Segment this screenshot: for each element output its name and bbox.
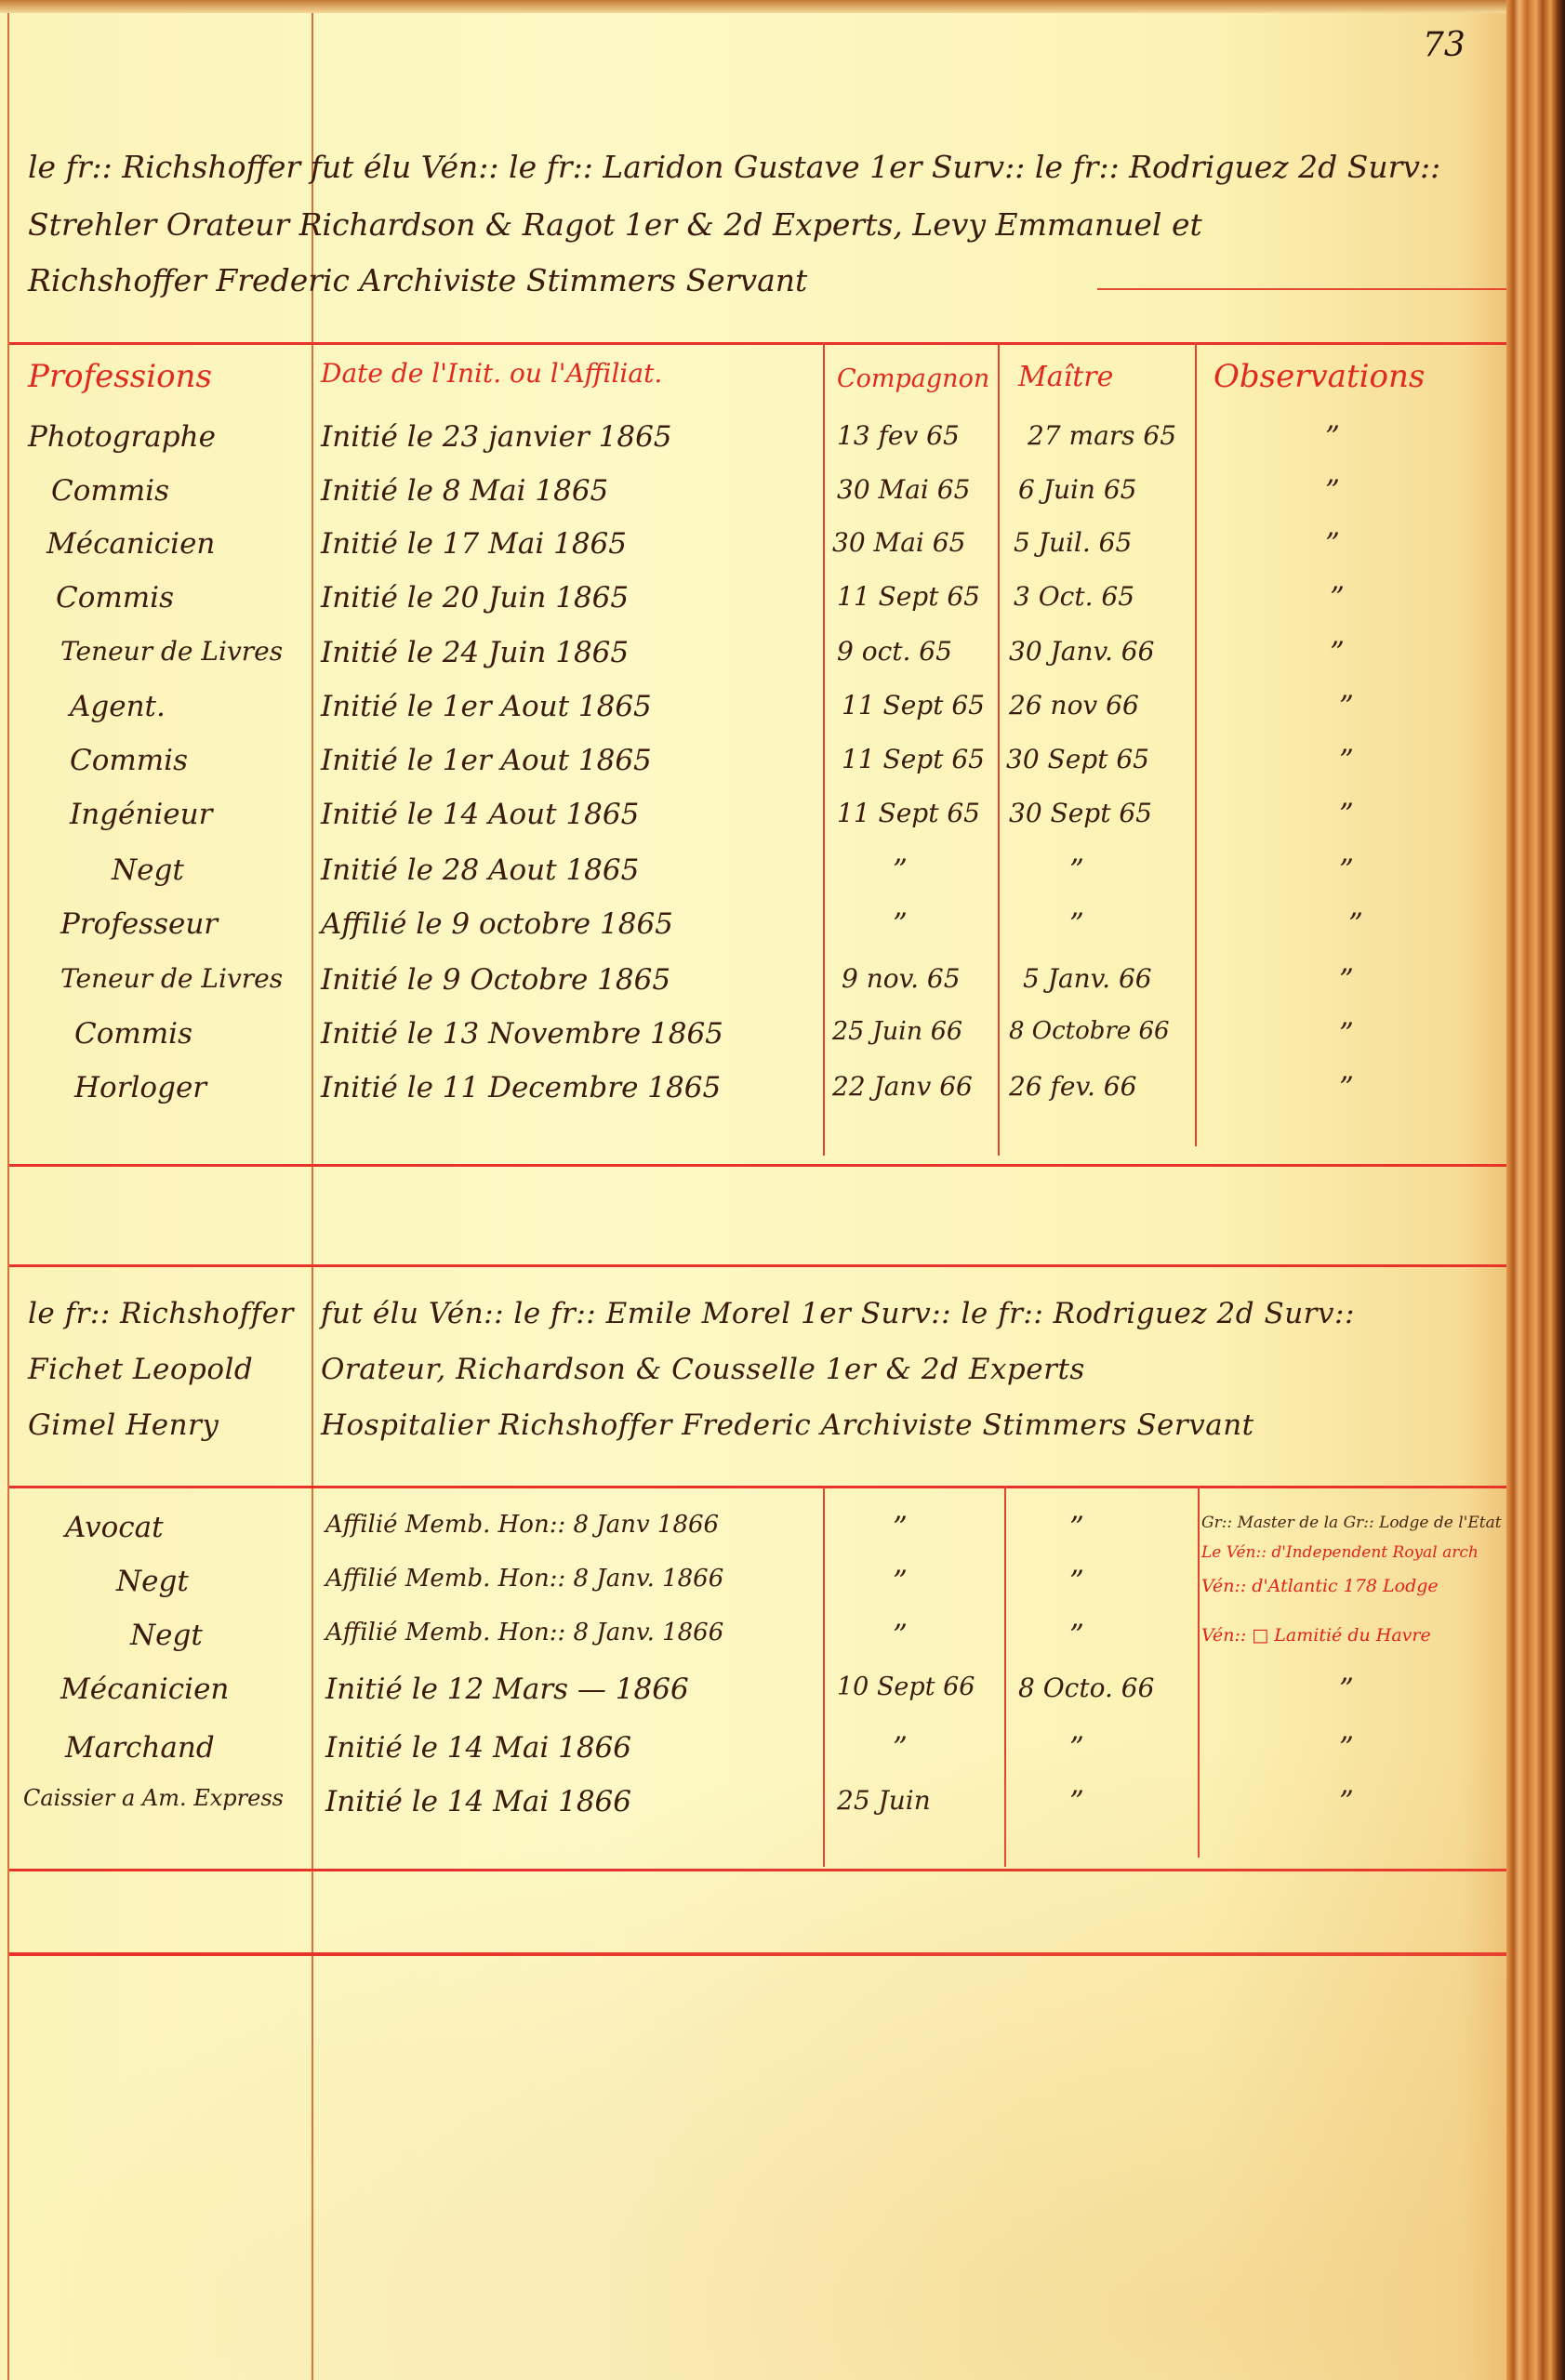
table-row: Negt Initié le 28 Aout 1865 ” ” ” [0,853,1506,906]
page-number: 73 [1423,26,1466,64]
date-cell: Initié le 8 Mai 1865 [321,474,608,508]
profession-cell: Commis [56,581,174,615]
table-row: Agent. Initié le 1er Aout 1865 11 Sept 6… [0,690,1506,742]
observation-cell: ” [1339,853,1354,887]
compagnon-cell: 25 Juin [837,1785,931,1816]
profession-cell: Agent. [70,690,166,723]
compagnon-cell: 9 nov. 65 [842,963,961,994]
maitre-cell: 27 mars 65 [1028,420,1176,451]
observation-cell: ” [1339,963,1354,997]
compagnon-cell: 11 Sept 65 [837,581,980,612]
date-cell: Initié le 13 Novembre 1865 [321,1017,723,1051]
observation-cell: ” [1325,527,1340,561]
maitre-cell: 8 Octobre 66 [1009,1017,1170,1045]
maitre-cell: 26 nov 66 [1009,690,1139,721]
section-divider-rule [9,1264,1506,1267]
table-row: Commis Initié le 1er Aout 1865 11 Sept 6… [0,744,1506,796]
date-cell: Initié le 14 Aout 1865 [321,798,639,831]
compagnon-cell: 13 fev 65 [837,420,960,451]
date-cell: Initié le 11 Decembre 1865 [321,1071,721,1104]
minutes-left: Gimel Henry [28,1408,219,1442]
margin-rule [312,13,313,2380]
minutes-left: le fr:: Richshoffer [28,1297,294,1330]
register-page: 73 le fr:: Richshoffer fut élu Vén:: le … [0,0,1506,2380]
compagnon-cell: ” [893,1619,908,1652]
maitre-cell: 6 Juin 65 [1018,474,1137,505]
date-cell: Initié le 23 janvier 1865 [321,420,672,454]
table-row: Photographe Initié le 23 janvier 1865 13… [0,420,1506,472]
observation-cell: ” [1339,798,1354,831]
header-observations: Observations [1214,358,1425,395]
profession-cell: Marchand [65,1731,215,1765]
table-top-rule [9,342,1506,345]
profession-cell: Avocat [65,1511,164,1544]
table-row: Commis Initié le 20 Juin 1865 11 Sept 65… [0,581,1506,633]
observation-cell: ” [1339,744,1354,777]
maitre-cell: 5 Juil. 65 [1014,527,1132,558]
date-cell: Affilié le 9 octobre 1865 [321,907,673,941]
date-cell: Initié le 1er Aout 1865 [321,690,652,723]
observation-note: Vén:: □ Lamitié du Havre [1201,1625,1431,1646]
compagnon-cell: 10 Sept 66 [837,1673,975,1701]
observation-cell: ” [1325,420,1340,454]
page-top-edge [0,0,1506,13]
minutes-line: le fr:: Richshoffer fut élu Vén:: le fr:… [28,149,1440,185]
observation-cell: ” [1348,907,1363,941]
header-professions: Professions [28,358,212,395]
table-row: Professeur Affilié le 9 octobre 1865 ” ”… [0,907,1506,959]
observation-note: Gr:: Master de la Gr:: Lodge de l'Etat N… [1201,1514,1506,1532]
profession-cell: Negt [130,1619,203,1652]
table-row: Mécanicien Initié le 17 Mai 1865 30 Mai … [0,527,1506,579]
observation-cell: ” [1330,581,1345,615]
section-divider-rule [9,1952,1506,1956]
table-bottom-rule [9,1164,1506,1167]
maitre-cell: 30 Sept 65 [1006,744,1149,774]
maitre-cell: 30 Janv. 66 [1009,636,1154,667]
minutes-right: fut élu Vén:: le fr:: Emile Morel 1er Su… [321,1297,1355,1330]
minutes-right: Orateur, Richardson & Cousselle 1er & 2d… [321,1353,1085,1386]
profession-cell: Professeur [60,907,218,941]
profession-cell: Commis [51,474,169,508]
date-cell: Initié le 28 Aout 1865 [321,853,639,887]
compagnon-cell: 11 Sept 65 [837,798,980,828]
date-cell: Affilié Memb. Hon:: 8 Janv. 1866 [325,1619,723,1646]
observation-note: Le Vén:: d'Independent Royal arch [1201,1543,1479,1562]
table-row: Caissier a Am. Express Initié le 14 Mai … [0,1785,1506,1837]
profession-cell: Negt [116,1565,189,1598]
maitre-cell: 3 Oct. 65 [1014,581,1134,612]
table-bottom-rule [9,1869,1506,1871]
book-page-edges [1506,0,1565,2380]
compagnon-cell: 9 oct. 65 [837,636,952,667]
compagnon-cell: ” [893,1511,908,1544]
maitre-cell: ” [1069,1785,1084,1818]
maitre-cell: ” [1069,1565,1084,1598]
maitre-cell: 30 Sept 65 [1009,798,1152,828]
table-row: Horloger Initié le 11 Decembre 1865 22 J… [0,1071,1506,1123]
minutes-right: Hospitalier Richshoffer Frederic Archivi… [321,1408,1254,1442]
profession-cell: Caissier a Am. Express [23,1785,284,1811]
profession-cell: Teneur de Livres [60,963,283,994]
profession-cell: Mécanicien [60,1673,229,1706]
compagnon-cell: 11 Sept 65 [842,690,985,721]
maitre-cell: 5 Janv. 66 [1023,963,1152,994]
date-cell: Initié le 24 Juin 1865 [321,636,629,669]
observation-cell: ” [1339,690,1354,723]
maitre-cell: ” [1069,1731,1084,1765]
table-row: Mécanicien Initié le 12 Mars — 1866 10 S… [0,1673,1506,1725]
maitre-cell: ” [1069,907,1084,941]
maitre-cell: 8 Octo. 66 [1018,1673,1154,1703]
observation-cell: ” [1339,1731,1354,1765]
compagnon-cell: 22 Janv 66 [832,1071,973,1102]
compagnon-cell: 25 Juin 66 [832,1017,962,1046]
observation-cell: ” [1325,474,1340,508]
observation-cell: ” [1330,636,1345,669]
profession-cell: Teneur de Livres [60,636,283,667]
maitre-cell: 26 fev. 66 [1009,1071,1136,1102]
date-cell: Initié le 9 Octobre 1865 [321,963,670,997]
date-cell: Initié le 12 Mars — 1866 [325,1673,689,1706]
compagnon-cell: 30 Mai 65 [837,474,970,505]
profession-cell: Commis [70,744,188,777]
compagnon-cell: ” [893,1565,908,1598]
compagnon-cell: 30 Mai 65 [832,527,965,558]
table-row: Ingénieur Initié le 14 Aout 1865 11 Sept… [0,798,1506,850]
header-maitre: Maître [1018,361,1113,393]
date-cell: Initié le 17 Mai 1865 [321,527,627,561]
maitre-cell: ” [1069,1511,1084,1544]
table-row: Marchand Initié le 14 Mai 1866 ” ” ” [0,1731,1506,1783]
profession-cell: Photographe [28,420,216,454]
profession-cell: Horloger [74,1071,206,1104]
table-row: Teneur de Livres Initié le 24 Juin 1865 … [0,636,1506,688]
table-top-rule [9,1486,1506,1488]
table-row: Commis Initié le 8 Mai 1865 30 Mai 65 6 … [0,474,1506,526]
date-cell: Affilié Memb. Hon:: 8 Janv. 1866 [325,1565,723,1593]
profession-cell: Ingénieur [70,798,212,831]
date-cell: Affilié Memb. Hon:: 8 Janv 1866 [325,1511,719,1539]
profession-cell: Commis [74,1017,192,1051]
date-cell: Initié le 1er Aout 1865 [321,744,652,777]
compagnon-cell: 11 Sept 65 [842,744,985,774]
minutes-left: Fichet Leopold [28,1353,253,1386]
header-compagnon: Compagnon [837,364,989,393]
date-cell: Initié le 14 Mai 1866 [325,1731,631,1765]
minutes-line: Richshoffer Frederic Archiviste Stimmers… [28,262,807,298]
observation-cell: ” [1339,1071,1354,1104]
profession-cell: Negt [112,853,184,887]
compagnon-cell: ” [893,1731,908,1765]
table-row: Teneur de Livres Initié le 9 Octobre 186… [0,963,1506,1015]
date-cell: Initié le 20 Juin 1865 [321,581,629,615]
observation-note: Vén:: d'Atlantic 178 Lodge [1201,1576,1439,1596]
compagnon-cell: ” [893,853,908,887]
maitre-cell: ” [1069,853,1084,887]
observation-cell: ” [1339,1785,1354,1818]
table-row: Commis Initié le 13 Novembre 1865 25 Jui… [0,1017,1506,1069]
date-cell: Initié le 14 Mai 1866 [325,1785,631,1818]
header-date: Date de l'Init. ou l'Affiliat. [321,358,662,389]
observation-cell: ” [1339,1017,1354,1051]
line-filler [1097,288,1506,290]
observation-cell: ” [1339,1673,1354,1706]
maitre-cell: ” [1069,1619,1084,1652]
left-edge-rule [7,13,9,2380]
compagnon-cell: ” [893,907,908,941]
profession-cell: Mécanicien [46,527,215,561]
minutes-line: Strehler Orateur Richardson & Ragot 1er … [28,206,1202,243]
